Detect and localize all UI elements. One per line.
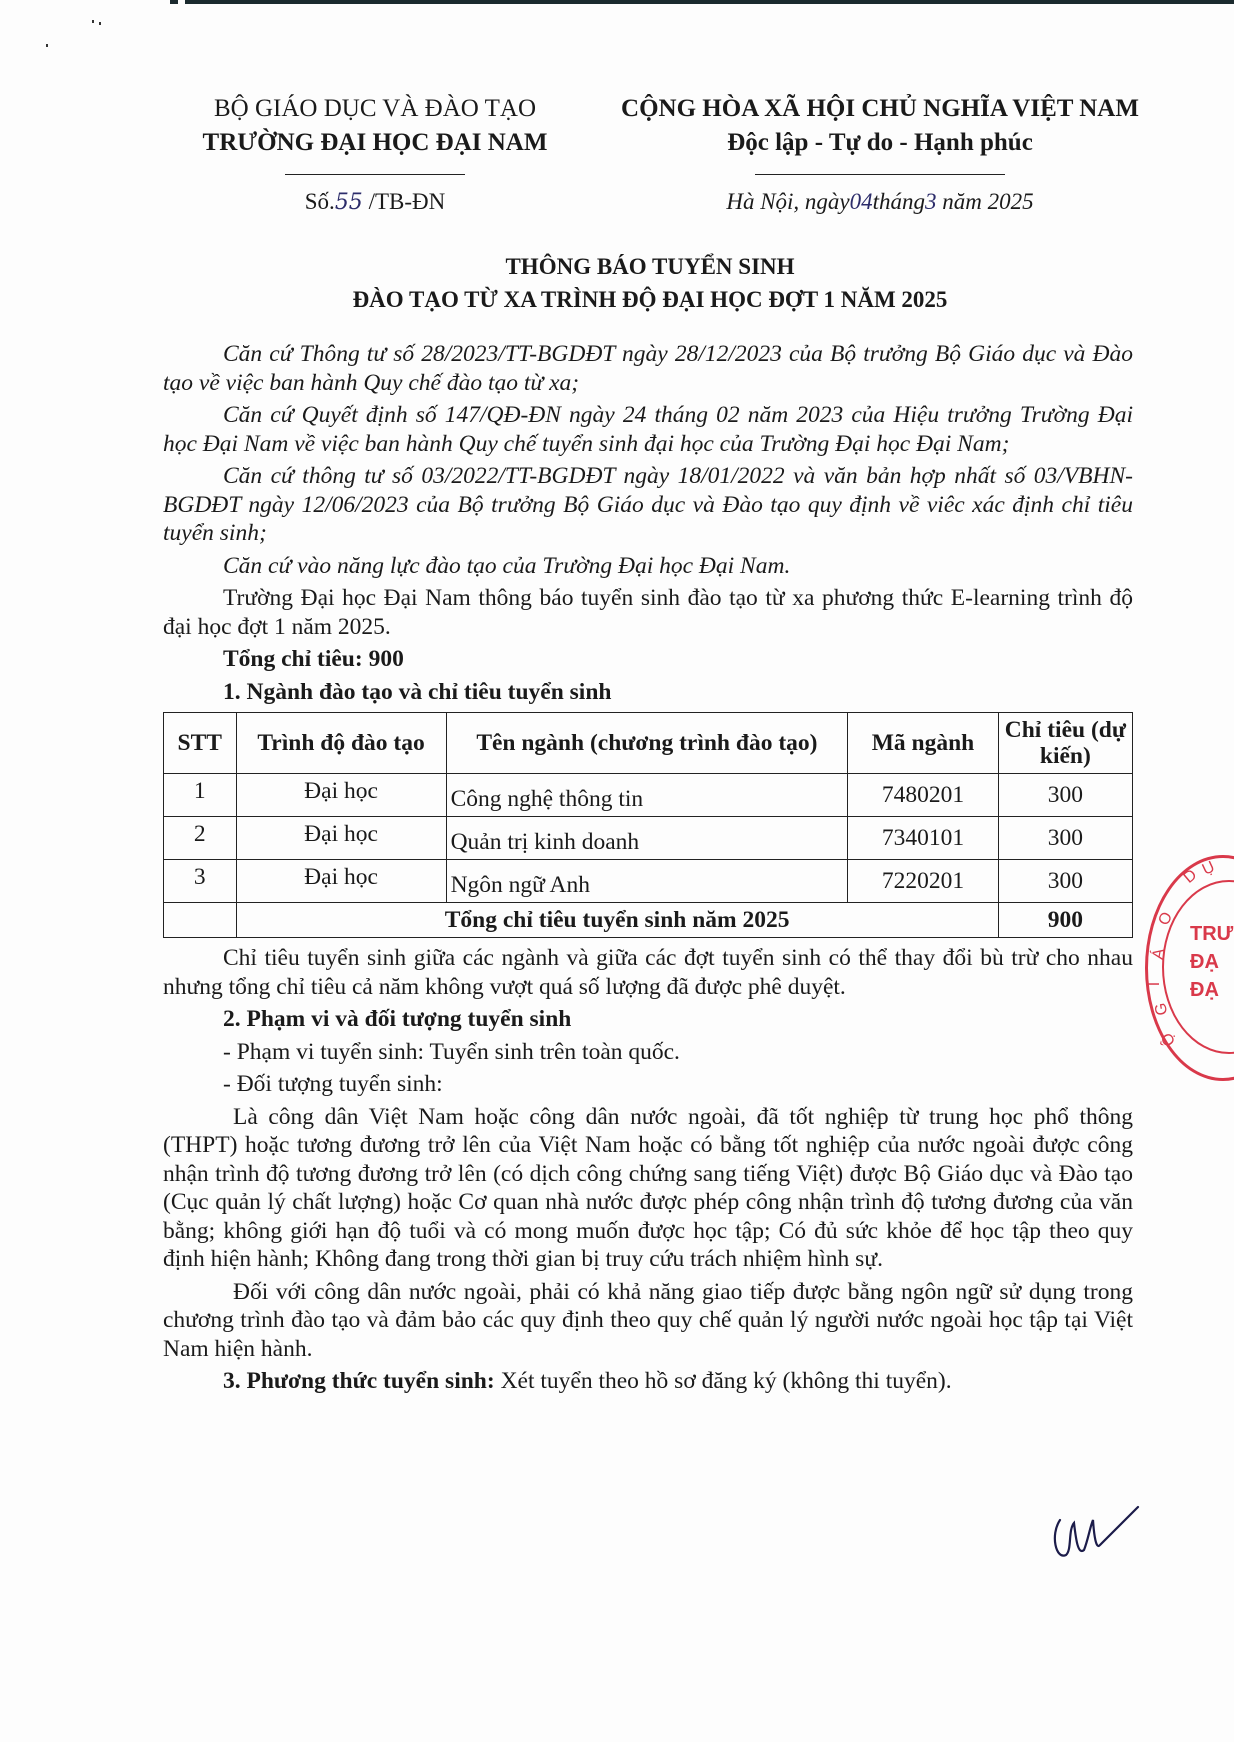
cell-major: Công nghệ thông tin: [446, 774, 848, 817]
ministry-name: BỘ GIÁO DỤC VÀ ĐÀO TẠO: [160, 92, 590, 126]
scan-edge-bar: [185, 0, 1234, 4]
cell-quota: 300: [998, 860, 1132, 903]
subjects-label: - Đối tượng tuyển sinh:: [163, 1070, 1133, 1099]
cell-level: Đại học: [236, 860, 446, 903]
date-month-label: tháng: [873, 189, 925, 214]
table-row: 3 Đại học Ngôn ngữ Anh 7220201 300: [164, 860, 1133, 903]
country-name: CỘNG HÒA XÃ HỘI CHỦ NGHĨA VIỆT NAM: [595, 92, 1165, 126]
national-motto: Độc lập - Tự do - Hạnh phúc: [595, 126, 1165, 160]
title-line-1: THÔNG BÁO TUYỂN SINH: [150, 250, 1150, 283]
cell-level: Đại học: [236, 774, 446, 817]
divider: [755, 174, 1005, 175]
seal-line: ĐẠ: [1190, 948, 1233, 976]
col-header: STT: [164, 713, 237, 774]
date-year: năm 2025: [937, 189, 1034, 214]
total-quota: Tổng chỉ tiêu: 900: [163, 645, 1133, 674]
cell-major: Quản trị kinh doanh: [446, 817, 848, 860]
cell-code: 7340101: [848, 817, 998, 860]
total-label: Tổng chỉ tiêu tuyển sinh năm 2025: [236, 903, 998, 938]
cell-major: Ngôn ngữ Anh: [446, 860, 848, 903]
total-value: 900: [998, 903, 1132, 938]
document-body: Căn cứ Thông tư số 28/2023/TT-BGDĐT ngày…: [163, 340, 1133, 1400]
document-number: Số.55 /TB-ĐN: [160, 189, 590, 215]
divider: [285, 174, 465, 175]
quota-table: STT Trình độ đào tạo Tên ngành (chương t…: [163, 712, 1133, 938]
scan-speck: [92, 20, 94, 23]
preamble-item: Căn cứ Quyết định số 147/QĐ-ĐN ngày 24 t…: [163, 401, 1133, 458]
section-3-heading: 3. Phương thức tuyển sinh:: [223, 1368, 495, 1394]
document-date: Hà Nội, ngày04tháng3 năm 2025: [595, 189, 1165, 215]
section-1-heading: 1. Ngành đào tạo và chỉ tiêu tuyển sinh: [163, 678, 1133, 707]
section-3-text: Xét tuyển theo hồ sơ đăng ký (không thi …: [495, 1368, 952, 1394]
preamble-item: Căn cứ thông tư số 03/2022/TT-BGDĐT ngày…: [163, 462, 1133, 548]
table-row: 2 Đại học Quản trị kinh doanh 7340101 30…: [164, 817, 1133, 860]
issuer-block: BỘ GIÁO DỤC VÀ ĐÀO TẠO TRƯỜNG ĐẠI HỌC ĐẠ…: [160, 92, 590, 215]
subjects-paragraph: Là công dân Việt Nam hoặc công dân nước …: [163, 1103, 1133, 1274]
university-name: TRƯỜNG ĐẠI HỌC ĐẠI NAM: [160, 126, 590, 160]
preamble-item: Căn cứ vào năng lực đào tạo của Trường Đ…: [163, 552, 1133, 581]
scan-speck: [99, 22, 101, 25]
national-header-block: CỘNG HÒA XÃ HỘI CHỦ NGHĨA VIỆT NAM Độc l…: [595, 92, 1165, 215]
cell-code: 7480201: [848, 774, 998, 817]
col-header: Tên ngành (chương trình đào tạo): [446, 713, 848, 774]
table-total-row: Tổng chỉ tiêu tuyển sinh năm 2025 900: [164, 903, 1133, 938]
cell-quota: 300: [998, 774, 1132, 817]
preamble-item: Căn cứ Thông tư số 28/2023/TT-BGDĐT ngày…: [163, 340, 1133, 397]
cell-quota: 300: [998, 817, 1132, 860]
section-3: 3. Phương thức tuyển sinh: Xét tuyển the…: [163, 1367, 1133, 1396]
cell-stt: 1: [164, 774, 237, 817]
title-line-2: ĐÀO TẠO TỪ XA TRÌNH ĐỘ ĐẠI HỌC ĐỢT 1 NĂM…: [150, 283, 1150, 316]
section-2-heading: 2. Phạm vi và đối tượng tuyển sinh: [163, 1005, 1133, 1034]
cell-level: Đại học: [236, 817, 446, 860]
scope-item: - Phạm vi tuyển sinh: Tuyển sinh trên to…: [163, 1038, 1133, 1067]
table-header-row: STT Trình độ đào tạo Tên ngành (chương t…: [164, 713, 1133, 774]
cell-stt: 3: [164, 860, 237, 903]
quota-note: Chỉ tiêu tuyển sinh giữa các ngành và gi…: [163, 944, 1133, 1001]
document-title: THÔNG BÁO TUYỂN SINH ĐÀO TẠO TỪ XA TRÌNH…: [150, 250, 1150, 316]
intro-paragraph: Trường Đại học Đại Nam thông báo tuyển s…: [163, 584, 1133, 641]
col-header: Chỉ tiêu (dự kiến): [998, 713, 1132, 774]
cell-empty: [164, 903, 237, 938]
seal-center-text: TRƯ ĐẠ ĐẠ: [1190, 920, 1233, 1004]
seal-ring-letter: I: [1146, 982, 1164, 986]
col-header: Mã ngành: [848, 713, 998, 774]
doc-number-handwritten: 55: [335, 190, 363, 215]
foreigners-paragraph: Đối với công dân nước ngoài, phải có khả…: [163, 1278, 1133, 1364]
table-row: 1 Đại học Công nghệ thông tin 7480201 30…: [164, 774, 1133, 817]
seal-line: ĐẠ: [1190, 976, 1233, 1004]
date-prefix: Hà Nội, ngày: [726, 189, 849, 214]
signature-initial: [1048, 1505, 1148, 1565]
col-header: Trình độ đào tạo: [236, 713, 446, 774]
doc-number-suffix: /TB-ĐN: [363, 189, 445, 214]
date-day: 04: [850, 189, 873, 214]
scan-speck: [46, 44, 48, 47]
doc-number-prefix: Số.: [305, 189, 335, 214]
cell-code: 7220201: [848, 860, 998, 903]
seal-line: TRƯ: [1190, 920, 1233, 948]
date-month: 3: [925, 189, 937, 214]
cell-stt: 2: [164, 817, 237, 860]
scan-edge-mark: [170, 0, 178, 4]
